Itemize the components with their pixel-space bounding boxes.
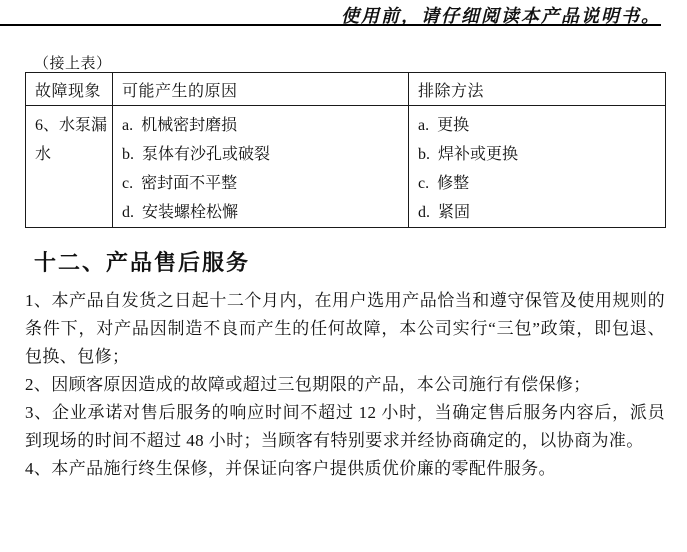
service-terms-text: 1、本产品自发货之日起十二个月内，在用户选用产品恰当和遵守保管及使用规则的条件下… [25, 287, 665, 483]
solution-item: a. 更换 [418, 111, 661, 140]
solution-item: d. 紧固 [418, 198, 661, 227]
section-title-after-sales-service: 十二、产品售后服务 [34, 246, 250, 277]
fault-table-header-row: 故障现象 可能产生的原因 排除方法 [26, 73, 666, 106]
fault-causes-cell: a. 机械密封磨损 b. 泵体有沙孔或破裂 c. 密封面不平整 d. 安装螺栓松… [113, 106, 409, 228]
cause-item: b. 泵体有沙孔或破裂 [122, 140, 404, 169]
fault-table-row: 6、水泵漏水 a. 机械密封磨损 b. 泵体有沙孔或破裂 c. 密封面不平整 d… [26, 106, 666, 228]
column-header-cause: 可能产生的原因 [113, 73, 409, 106]
service-term-paragraph: 3、企业承诺对售后服务的响应时间不超过 12 小时，当确定售后服务内容后，派员到… [25, 399, 665, 455]
fault-solutions-cell: a. 更换 b. 焊补或更换 c. 修整 d. 紧固 [409, 106, 666, 228]
cause-item: c. 密封面不平整 [122, 169, 404, 198]
manual-page: 使用前，请仔细阅读本产品说明书。 （接上表） 故障现象 可能产生的原因 排除方法… [0, 0, 687, 552]
solution-item: c. 修整 [418, 169, 661, 198]
service-term-paragraph: 1、本产品自发货之日起十二个月内，在用户选用产品恰当和遵守保管及使用规则的条件下… [25, 287, 665, 371]
cause-item: a. 机械密封磨损 [122, 111, 404, 140]
cause-item: d. 安装螺栓松懈 [122, 198, 404, 227]
service-term-paragraph: 4、本产品施行终生保修，并保证向客户提供质优价廉的零配件服务。 [25, 455, 665, 483]
table-continuation-note: （接上表） [34, 52, 112, 73]
fault-phenomenon-cell: 6、水泵漏水 [26, 106, 113, 228]
column-header-solution: 排除方法 [409, 73, 666, 106]
solution-item: b. 焊补或更换 [418, 140, 661, 169]
header-divider-rule [0, 24, 661, 26]
column-header-phenomenon: 故障现象 [26, 73, 113, 106]
fault-table: 故障现象 可能产生的原因 排除方法 6、水泵漏水 a. 机械密封磨损 b. 泵体… [25, 72, 666, 228]
service-term-paragraph: 2、因顾客原因造成的故障或超过三包期限的产品，本公司施行有偿保修； [25, 371, 665, 399]
